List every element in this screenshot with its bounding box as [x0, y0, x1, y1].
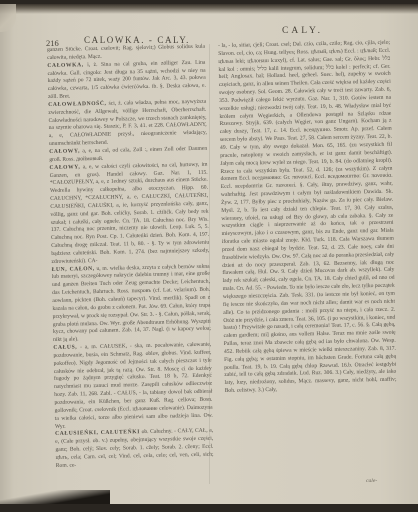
dictionary-entry: CAŁOWY, a, e, w całości czyli całowitośc… [49, 161, 209, 266]
column-divider [209, 44, 210, 484]
left-column: ganzen Stücke. Croat. cselovit; Rag. sje… [47, 44, 214, 471]
headword: CAŁOWKA, [47, 62, 83, 69]
entry-text: - la, - lo, sitiar, cjeli; Croat. csel; … [218, 40, 397, 396]
running-head-right: CALY. [282, 26, 323, 36]
headword: CAŁOWY, [49, 148, 80, 155]
entry-body: a, e, w całości czyli całowitości, na ca… [50, 161, 210, 264]
headword: CAŁUS, [53, 344, 77, 351]
dictionary-page: 216 CALOWKA. - CALY. CALY. ganzen Stücke… [0, 4, 418, 504]
book-edge-shadow [0, 490, 110, 504]
dictionary-entry: ŁUN, CAŁON, u, m. wielka deska, zrzyta z… [52, 263, 212, 345]
entry-body: u, m. wielka deska, zrzyta z całych bern… [52, 263, 211, 343]
dictionary-entry: CAŁUS, - a, m. CAŁUSEK, - ska, m. pocało… [53, 342, 213, 432]
dictionary-entry: CAŁOWŁADNOŚĆ, ści, ż. cała władza, pełna… [48, 99, 207, 149]
right-column: - la, - lo, sitiar, cjeli; Croat. csel; … [218, 40, 397, 396]
dictionary-entry: CAŁOWKA, i, ż. Sina na cal gruba, ein zö… [47, 59, 206, 102]
headword: ŁUN, CAŁON, [52, 266, 95, 273]
dictionary-entry: CAŁUSIEŃKI, CAŁUTEŃKI ob. Całuchny. - CA… [55, 428, 214, 471]
headword: CAŁOWŁADNOŚĆ, [48, 101, 106, 108]
headword: CAŁOWY, [49, 164, 80, 171]
catchword: cale- [366, 478, 377, 484]
headword: CAŁUSIEŃKI, CAŁUTEŃKI [55, 429, 140, 437]
book-spine-shadow [0, 4, 418, 14]
page-corner-curl [0, 4, 16, 32]
entry-body: - a, m. CAŁUSEK, - ska, m. pocałowanie, … [53, 342, 212, 430]
